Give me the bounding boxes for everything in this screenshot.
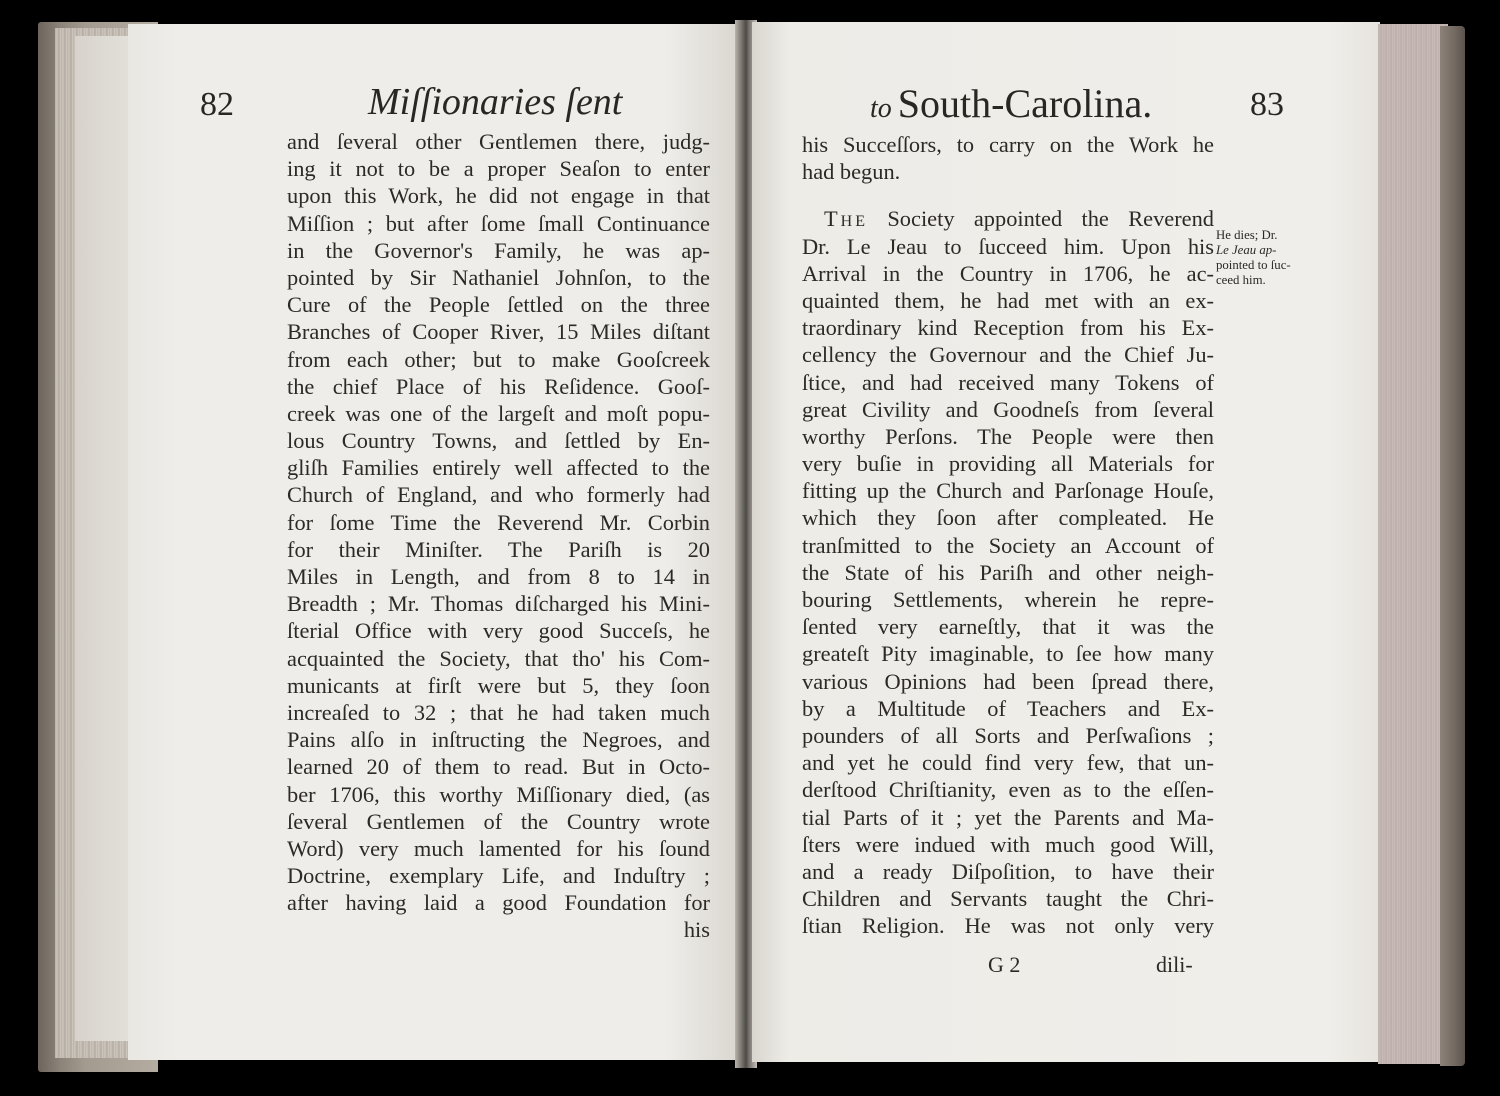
text-line: great Civility and Goodneſs from ſeveral [802,396,1214,423]
text-line: cellency the Governour and the Chief Ju- [802,341,1214,368]
text-line: Word) very much lamented for his ſound [287,835,710,862]
text-line: tial Parts of it ; yet the Parents and M… [802,804,1214,831]
text-line: increaſed to 32 ; that he had taken much [287,699,710,726]
text-line: pounders of all Sorts and Perſwaſions ; [802,722,1214,749]
text-line: derſtood Chriſtianity, even as to the eſ… [802,776,1214,803]
text-line: Dr. Le Jeau to ſucceed him. Upon his [802,233,1214,260]
text-line: and a ready Diſpoſition, to have their [802,858,1214,885]
text-line: Doctrine, exemplary Life, and Induſtry ; [287,862,710,889]
text-line: municants at firſt were but 5, they ſoon [287,672,710,699]
text-line: acquainted the Society, that tho' his Co… [287,645,710,672]
text-line: Miles in Length, and from 8 to 14 in [287,563,710,590]
text-line: and ſeveral other Gentlemen there, judg- [287,128,710,155]
running-head-right: toSouth-Carolina. [870,80,1152,127]
text-line: had begun. [802,158,1214,185]
page-number-left: 82 [200,86,234,124]
marginal-line: pointed to ſuc- [1216,258,1298,273]
page-edges-right [1378,24,1448,1064]
running-head-title: South-Carolina. [898,81,1152,126]
text-line: various Opinions had been ſpread there, [802,668,1214,695]
text-line: fitting up the Church and Parſonage Houſ… [802,477,1214,504]
marginal-line: Le Jeau ap- [1216,243,1298,258]
text-line: Pains alſo in inſtructing the Negroes, a… [287,726,710,753]
text-line: Branches of Cooper River, 15 Miles diſta… [287,318,710,345]
text-line: the chief Place of his Reſidence. Gooſ- [287,373,710,400]
text-line: The Society appointed the Reverend [802,205,1214,232]
text-line: ſented very earneſtly, that it was the [802,613,1214,640]
text-line: learned 20 of them to read. But in Octo- [287,753,710,780]
text-line: upon this Work, he did not engage in tha… [287,182,710,209]
text-line: traordinary kind Reception from his Ex- [802,314,1214,341]
text-line: after having laid a good Foundation for [287,889,710,916]
text-line: for ſome Time the Reverend Mr. Corbin [287,509,710,536]
text-line: Breadth ; Mr. Thomas diſcharged his Mini… [287,590,710,617]
left-page-body: and ſeveral other Gentlemen there, judg-… [287,128,710,944]
text-line: by a Multitude of Teachers and Ex- [802,695,1214,722]
text-line: ſeveral Gentlemen of the Country wrote [287,808,710,835]
running-head-prefix: to [870,93,892,124]
text-line: Arrival in the Country in 1706, he ac- [802,260,1214,287]
text-line: ing it not to be a proper Seaſon to ente… [287,155,710,182]
text-line: his Succeſſors, to carry on the Work he [802,131,1214,158]
text-line-rest: Society appointed the Reverend [868,206,1214,231]
catchword-left: his [287,916,710,943]
page-number-right: 83 [1250,86,1284,124]
running-head-left: Miſſionaries ſent [368,80,622,124]
text-line: Church of England, and who formerly had [287,481,710,508]
signature-mark: G 2 [988,952,1020,978]
text-line: the State of his Pariſh and other neigh- [802,559,1214,586]
text-line: which they ſoon after compleated. He [802,504,1214,531]
marginal-line: ceed him. [1216,273,1298,288]
text-line: greateſt Pity imaginable, to ſee how man… [802,640,1214,667]
text-line: bouring Settlements, wherein he repre- [802,586,1214,613]
text-line: Miſſion ; but after ſome ſmall Continuan… [287,210,710,237]
text-line: ſtian Religion. He was not only very [802,912,1214,939]
text-line: in the Governor's Family, he was ap- [287,237,710,264]
marginal-note: He dies; Dr. Le Jeau ap- pointed to ſuc-… [1216,228,1298,288]
text-line: very buſie in providing all Materials fo… [802,450,1214,477]
paragraph-lead: The [824,206,868,231]
text-line: pointed by Sir Nathaniel Johnſon, to the [287,264,710,291]
text-line: quainted them, he had met with an ex- [802,287,1214,314]
text-line: lous Country Towns, and ſettled by En- [287,427,710,454]
text-line: ber 1706, this worthy Miſſionary died, (… [287,781,710,808]
catchword-right: dili- [1156,952,1193,978]
marginal-line: He dies; Dr. [1216,228,1298,243]
text-line: Cure of the People ſettled on the three [287,291,710,318]
right-page-body: his Succeſſors, to carry on the Work he … [802,131,1214,939]
text-line: creek was one of the largeſt and moſt po… [287,400,710,427]
text-line: gliſh Families entirely well affected to… [287,454,710,481]
text-line: ſters were indued with much good Will, [802,831,1214,858]
text-line: and yet he could find very few, that un- [802,749,1214,776]
text-line: ſterial Office with very good Succeſs, h… [287,617,710,644]
text-line: worthy Perſons. The People were then [802,423,1214,450]
text-line: ſtice, and had received many Tokens of [802,369,1214,396]
text-line: for their Miniſter. The Pariſh is 20 [287,536,710,563]
text-line: Children and Servants taught the Chri- [802,885,1214,912]
book-cover-right [1440,26,1465,1066]
text-line: from each other; but to make Gooſcreek [287,346,710,373]
text-line: tranſmitted to the Society an Account of [802,532,1214,559]
